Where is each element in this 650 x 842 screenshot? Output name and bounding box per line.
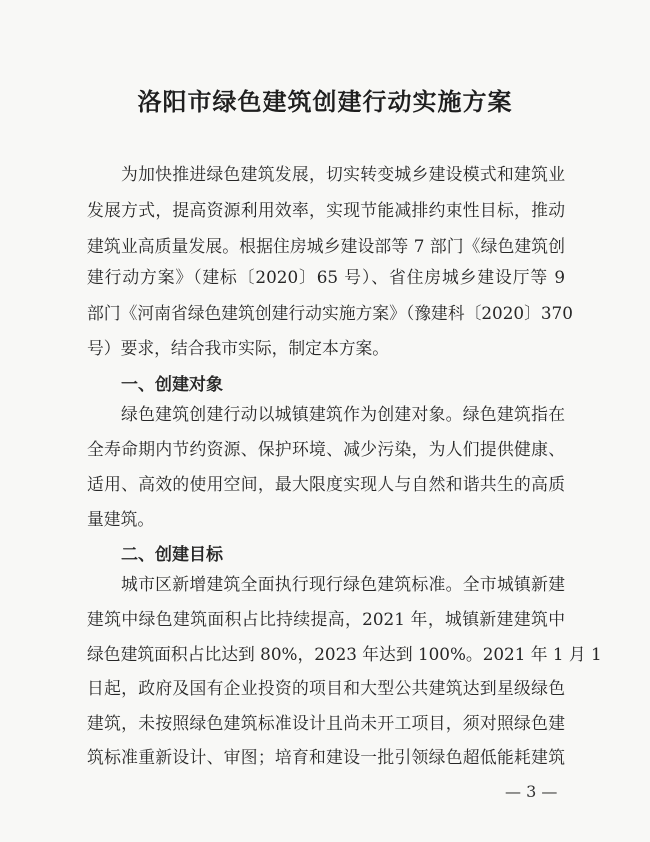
paragraph-line: 绿色建筑创建行动以城镇建筑作为创建对象。绿色建筑指在	[121, 404, 565, 424]
paragraph-line: 全寿命期内节约资源、保护环境、减少污染，为人们提供健康、	[87, 439, 565, 459]
section-heading-2: 二、创建目标	[121, 540, 223, 565]
paragraph-line: 筑标准重新设计、审图；培育和建设一批引领绿色超低能耗建筑	[87, 747, 565, 767]
paragraph-line: 号）要求，结合我市实际，制定本方案。	[87, 338, 565, 358]
document-page: 洛阳市绿色建筑创建行动实施方案 为加快推进绿色建筑发展，切实转变城乡建设模式和建…	[0, 0, 650, 842]
paragraph-line: 量建筑。	[87, 509, 565, 529]
paragraph-line: 城市区新增建筑全面执行现行绿色建筑标准。全市城镇新建	[121, 574, 565, 594]
paragraph-line: 建筑，未按照绿色建筑标准设计且尚未开工项目，须对照绿色建	[87, 713, 565, 733]
document-title: 洛阳市绿色建筑创建行动实施方案	[0, 82, 650, 117]
paragraph-line: 日起，政府及国有企业投资的项目和大型公共建筑达到星级绿色	[87, 678, 565, 698]
paragraph-line: 建行动方案》（建标〔2020〕65 号）、省住房城乡建设厅等 9	[87, 267, 565, 287]
paragraph-line: 建筑中绿色建筑面积占比持续提高，2021 年，城镇新建建筑中	[87, 609, 565, 629]
paragraph-line: 发展方式，提高资源利用效率，实现节能减排约束性目标，推动	[87, 200, 565, 220]
paragraph-line: 部门《河南省绿色建筑创建行动实施方案》（豫建科〔2020〕370	[87, 303, 565, 323]
page-number: — 3 —	[505, 782, 557, 801]
paragraph-line: 适用、高效的使用空间，最大限度实现人与自然和谐共生的高质	[87, 474, 565, 494]
paragraph-line: 绿色建筑面积占比达到 80%，2023 年达到 100%。2021 年 1 月 …	[87, 644, 565, 664]
paragraph-line: 建筑业高质量发展。根据住房城乡建设部等 7 部门《绿色建筑创	[87, 236, 565, 256]
paragraph-line: 为加快推进绿色建筑发展，切实转变城乡建设模式和建筑业	[121, 164, 565, 184]
section-heading-1: 一、创建对象	[121, 370, 223, 395]
